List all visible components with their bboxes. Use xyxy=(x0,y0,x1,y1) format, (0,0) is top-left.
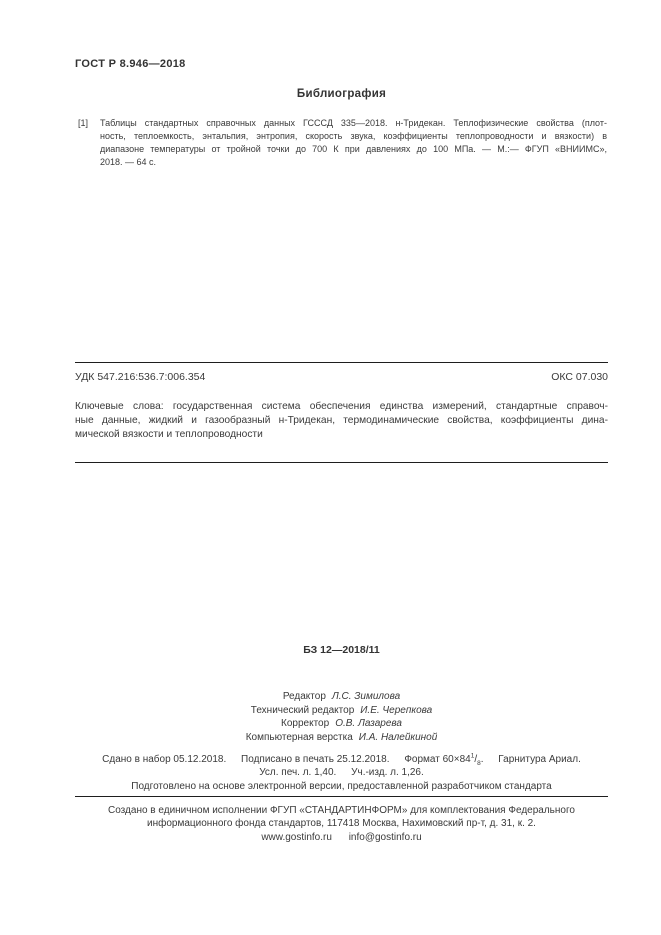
staff-name: Л.С. Зимилова xyxy=(332,691,400,702)
page-title: Библиография xyxy=(75,88,608,100)
conventional-sheets: Усл. печ. л. 1,40. xyxy=(259,767,336,778)
doc-code: ГОСТ Р 8.946—2018 xyxy=(75,58,186,70)
horizontal-rule-middle xyxy=(75,462,608,463)
imprint-block: Сдано в набор 05.12.2018. Подписано в пе… xyxy=(75,753,608,793)
bibliography-entry-line: 2018. — 64 с. xyxy=(100,156,607,169)
imprint-line-sheets: Усл. печ. л. 1,40. Уч.-изд. л. 1,26. xyxy=(75,766,608,779)
keywords-paragraph: Ключевые слова: государственная система … xyxy=(75,400,608,442)
imprint-line-dates-format: Сдано в набор 05.12.2018. Подписано в пе… xyxy=(75,753,608,766)
bibliography-entry-line: диапазоне температуры от тройной точки д… xyxy=(100,143,607,156)
publisher-sheets: Уч.-изд. л. 1,26. xyxy=(351,767,424,778)
typeface-note: Гарнитура Ариал. xyxy=(498,754,581,765)
bibliography-entry: [1] Таблицы стандартных справочных данны… xyxy=(78,117,607,169)
publisher-footer: Создано в единичном исполнении ФГУП «СТА… xyxy=(75,804,608,844)
bibliography-entry-line: Таблицы стандартных справочных данных ГС… xyxy=(100,117,607,130)
keywords-line: Ключевые слова: государственная система … xyxy=(75,400,608,414)
staff-role: Технический редактор xyxy=(251,705,354,716)
staff-role: Компьютерная верстка xyxy=(246,732,353,743)
footer-line-contacts: www.gostinfo.ru info@gostinfo.ru xyxy=(75,831,608,844)
staff-name: И.А. Налейкиной xyxy=(359,732,438,743)
email-address: info@gostinfo.ru xyxy=(349,832,422,843)
horizontal-rule-bottom xyxy=(75,796,608,797)
oks-code: ОКС 07.030 xyxy=(551,371,608,383)
document-page: ГОСТ Р 8.946—2018 Библиография [1] Табли… xyxy=(0,0,661,935)
staff-name: И.Е. Черепкова xyxy=(360,705,432,716)
staff-line-corrector: КорректорО.В. Лазарева xyxy=(75,717,608,731)
bibliography-entry-text: Таблицы стандартных справочных данных ГС… xyxy=(100,117,607,169)
staff-credits: РедакторЛ.С. Зимилова Технический редакт… xyxy=(75,690,608,744)
bibliography-entry-marker: [1] xyxy=(78,117,100,169)
signed-date: Подписано в печать 25.12.2018. xyxy=(241,754,389,765)
staff-role: Корректор xyxy=(281,718,329,729)
staff-name: О.В. Лазарева xyxy=(335,718,402,729)
keywords-line: ные данные, жидкий и газообразный н-Трид… xyxy=(75,414,608,428)
staff-line-editor: РедакторЛ.С. Зимилова xyxy=(75,690,608,704)
footer-line-address: информационного фонда стандартов, 117418… xyxy=(75,817,608,830)
staff-role: Редактор xyxy=(283,691,326,702)
footer-line-publisher: Создано в единичном исполнении ФГУП «СТА… xyxy=(75,804,608,817)
classification-row: УДК 547.216:536.7:006.354 ОКС 07.030 xyxy=(75,371,608,383)
staff-line-layout: Компьютерная версткаИ.А. Налейкиной xyxy=(75,731,608,745)
udk-code: УДК 547.216:536.7:006.354 xyxy=(75,371,205,383)
keywords-line: мической вязкости и теплопроводности xyxy=(75,428,608,442)
paper-format: Формат 60×841/8. xyxy=(404,754,483,765)
imprint-line-prepared-note: Подготовлено на основе электронной верси… xyxy=(75,780,608,793)
bibliography-entry-line: ность, теплоемкость, энтальпия, энтропия… xyxy=(100,130,607,143)
set-date: Сдано в набор 05.12.2018. xyxy=(102,754,226,765)
staff-line-technical-editor: Технический редакторИ.Е. Черепкова xyxy=(75,704,608,718)
horizontal-rule-top xyxy=(75,362,608,363)
website-url: www.gostinfo.ru xyxy=(261,832,332,843)
bz-code: БЗ 12—2018/11 xyxy=(75,644,608,656)
